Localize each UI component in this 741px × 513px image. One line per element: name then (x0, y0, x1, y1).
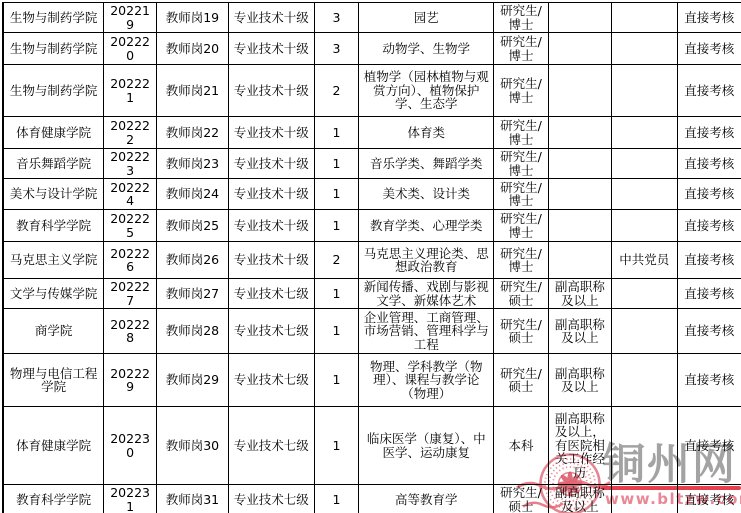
cell-post_code: 202220 (104, 33, 157, 65)
cell-headcount: 1 (314, 210, 359, 242)
cell-assessment: 直接考核 (677, 33, 741, 65)
table-row: 教育科学学院202225教师岗25专业技术十级1教育学类、心理学类研究生/博士直… (3, 210, 741, 242)
cell-post_level: 专业技术十级 (228, 117, 314, 149)
cell-post_code: 202221 (104, 65, 157, 117)
cell-post_code: 202224 (104, 179, 157, 210)
cell-post_level: 专业技术七级 (228, 279, 314, 309)
cell-education: 研究生/博士 (494, 242, 549, 279)
cell-post_level: 专业技术十级 (228, 242, 314, 279)
cell-headcount: 1 (314, 117, 359, 149)
cell-assessment: 直接考核 (677, 242, 741, 279)
table-row: 物理与电信工程学院202229教师岗29专业技术七级1物理、学科教学（物理）、课… (3, 354, 741, 407)
cell-political_status (611, 210, 677, 242)
cell-post_name: 教师岗26 (157, 242, 229, 279)
cell-post_level: 专业技术十级 (228, 33, 314, 65)
cell-assessment: 直接考核 (677, 309, 741, 354)
cell-post_level: 专业技术七级 (228, 485, 314, 513)
cell-post_level: 专业技术十级 (228, 149, 314, 179)
cell-political_status (611, 179, 677, 210)
table-row: 体育健康学院202230教师岗30专业技术七级1临床医学（康复）、中医学、运动康… (3, 407, 741, 485)
cell-other_requirement (548, 242, 611, 279)
cell-post_level: 专业技术十级 (228, 179, 314, 210)
table-body: 生物与制药学院202219教师岗19专业技术十级3园艺研究生/博士直接考核生物与… (3, 3, 741, 513)
cell-major: 马克思主义理论类、思想政治教育 (359, 242, 494, 279)
cell-education: 研究生/硕士 (494, 309, 549, 354)
cell-other_requirement: 副高职称及以上 (548, 309, 611, 354)
cell-assessment: 直接考核 (677, 117, 741, 149)
cell-major: 体育类 (359, 117, 494, 149)
cell-political_status (611, 33, 677, 65)
cell-major: 物理、学科教学（物理）、课程与教学论（物理） (359, 354, 494, 407)
cell-college: 马克思主义学院 (3, 242, 104, 279)
cell-post_name: 教师岗30 (157, 407, 229, 485)
cell-assessment: 直接考核 (677, 407, 741, 485)
cell-education: 研究生/博士 (494, 33, 549, 65)
cell-assessment: 直接考核 (677, 149, 741, 179)
table-row: 生物与制药学院202220教师岗20专业技术十级3动物学、生物学研究生/博士直接… (3, 33, 741, 65)
cell-political_status (611, 354, 677, 407)
cell-post_code: 202223 (104, 149, 157, 179)
cell-headcount: 1 (314, 279, 359, 309)
cell-post_code: 202230 (104, 407, 157, 485)
cell-college: 美术与设计学院 (3, 179, 104, 210)
cell-major: 音乐学类、舞蹈学类 (359, 149, 494, 179)
cell-other_requirement (548, 65, 611, 117)
cell-political_status (611, 3, 677, 33)
cell-other_requirement: 副高职称及以上 (548, 354, 611, 407)
cell-major: 新闻传播、戏剧与影视文学、新媒体艺术 (359, 279, 494, 309)
cell-education: 研究生/硕士 (494, 485, 549, 513)
cell-other_requirement: 副高职称及以上 (548, 279, 611, 309)
cell-political_status (611, 117, 677, 149)
cell-headcount: 2 (314, 65, 359, 117)
cell-college: 体育健康学院 (3, 407, 104, 485)
cell-other_requirement: 副高职称及以上，有医院相关工作经历 (548, 407, 611, 485)
cell-post_name: 教师岗31 (157, 485, 229, 513)
cell-assessment: 直接考核 (677, 485, 741, 513)
cell-post_code: 202225 (104, 210, 157, 242)
cell-post_code: 202229 (104, 354, 157, 407)
cell-headcount: 1 (314, 179, 359, 210)
cell-post_name: 教师岗23 (157, 149, 229, 179)
cell-political_status (611, 279, 677, 309)
cell-major: 园艺 (359, 3, 494, 33)
cell-political_status (611, 407, 677, 485)
cell-college: 音乐舞蹈学院 (3, 149, 104, 179)
table-row: 体育健康学院202222教师岗22专业技术十级1体育类研究生/博士直接考核 (3, 117, 741, 149)
cell-post_name: 教师岗21 (157, 65, 229, 117)
cell-post_level: 专业技术十级 (228, 3, 314, 33)
cell-political_status (611, 149, 677, 179)
cell-post_level: 专业技术七级 (228, 309, 314, 354)
cell-post_code: 202226 (104, 242, 157, 279)
cell-post_code: 202222 (104, 117, 157, 149)
cell-post_name: 教师岗19 (157, 3, 229, 33)
cell-college: 体育健康学院 (3, 117, 104, 149)
cell-post_level: 专业技术七级 (228, 354, 314, 407)
table-row: 文学与传媒学院202227教师岗27专业技术七级1新闻传播、戏剧与影视文学、新媒… (3, 279, 741, 309)
cell-post_name: 教师岗27 (157, 279, 229, 309)
cell-assessment: 直接考核 (677, 179, 741, 210)
cell-major: 美术类、设计类 (359, 179, 494, 210)
cell-post_level: 专业技术十级 (228, 210, 314, 242)
cell-post_name: 教师岗22 (157, 117, 229, 149)
cell-headcount: 1 (314, 485, 359, 513)
cell-post_code: 202227 (104, 279, 157, 309)
cell-post_code: 202219 (104, 3, 157, 33)
cell-post_code: 202231 (104, 485, 157, 513)
cell-headcount: 1 (314, 407, 359, 485)
cell-post_name: 教师岗29 (157, 354, 229, 407)
cell-major: 动物学、生物学 (359, 33, 494, 65)
table-row: 生物与制药学院202219教师岗19专业技术十级3园艺研究生/博士直接考核 (3, 3, 741, 33)
cell-headcount: 3 (314, 33, 359, 65)
recruitment-table: 生物与制药学院202219教师岗19专业技术十级3园艺研究生/博士直接考核生物与… (2, 2, 741, 513)
cell-education: 本科 (494, 407, 549, 485)
cell-headcount: 1 (314, 354, 359, 407)
cell-college: 生物与制药学院 (3, 65, 104, 117)
cell-other_requirement (548, 33, 611, 65)
cell-post_name: 教师岗25 (157, 210, 229, 242)
cell-other_requirement (548, 179, 611, 210)
cell-education: 研究生/博士 (494, 3, 549, 33)
cell-education: 研究生/硕士 (494, 354, 549, 407)
cell-education: 研究生/博士 (494, 117, 549, 149)
cell-assessment: 直接考核 (677, 279, 741, 309)
cell-education: 研究生/博士 (494, 179, 549, 210)
cell-headcount: 1 (314, 149, 359, 179)
table-row: 音乐舞蹈学院202223教师岗23专业技术十级1音乐学类、舞蹈学类研究生/博士直… (3, 149, 741, 179)
cell-major: 高等教育学 (359, 485, 494, 513)
cell-major: 教育学类、心理学类 (359, 210, 494, 242)
cell-post_level: 专业技术七级 (228, 407, 314, 485)
cell-assessment: 直接考核 (677, 354, 741, 407)
cell-college: 商学院 (3, 309, 104, 354)
cell-headcount: 1 (314, 309, 359, 354)
cell-post_name: 教师岗24 (157, 179, 229, 210)
cell-headcount: 3 (314, 3, 359, 33)
cell-college: 教育科学学院 (3, 485, 104, 513)
cell-college: 物理与电信工程学院 (3, 354, 104, 407)
table-row: 生物与制药学院202221教师岗21专业技术十级2植物学（园林植物与观赏方向）、… (3, 65, 741, 117)
cell-college: 生物与制药学院 (3, 3, 104, 33)
cell-assessment: 直接考核 (677, 65, 741, 117)
cell-headcount: 2 (314, 242, 359, 279)
cell-political_status (611, 485, 677, 513)
cell-political_status (611, 309, 677, 354)
cell-assessment: 直接考核 (677, 3, 741, 33)
cell-education: 研究生/硕士 (494, 279, 549, 309)
cell-political_status: 中共党员 (611, 242, 677, 279)
cell-other_requirement (548, 3, 611, 33)
cell-other_requirement: 副高职称及以上 (548, 485, 611, 513)
cell-other_requirement (548, 117, 611, 149)
cell-major: 临床医学（康复）、中医学、运动康复 (359, 407, 494, 485)
cell-major: 植物学（园林植物与观赏方向）、植物保护学、生态学 (359, 65, 494, 117)
table-row: 马克思主义学院202226教师岗26专业技术十级2马克思主义理论类、思想政治教育… (3, 242, 741, 279)
table-row: 美术与设计学院202224教师岗24专业技术十级1美术类、设计类研究生/博士直接… (3, 179, 741, 210)
cell-other_requirement (548, 149, 611, 179)
table-row: 商学院202228教师岗28专业技术七级1企业管理、工商管理、市场营销、管理科学… (3, 309, 741, 354)
cell-education: 研究生/博士 (494, 210, 549, 242)
cell-post_level: 专业技术十级 (228, 65, 314, 117)
cell-college: 文学与传媒学院 (3, 279, 104, 309)
cell-political_status (611, 65, 677, 117)
cell-education: 研究生/博士 (494, 149, 549, 179)
cell-major: 企业管理、工商管理、市场营销、管理科学与工程 (359, 309, 494, 354)
cell-other_requirement (548, 210, 611, 242)
cell-education: 研究生/博士 (494, 65, 549, 117)
cell-assessment: 直接考核 (677, 210, 741, 242)
cell-post_name: 教师岗28 (157, 309, 229, 354)
cell-college: 教育科学学院 (3, 210, 104, 242)
cell-college: 生物与制药学院 (3, 33, 104, 65)
cell-post_code: 202228 (104, 309, 157, 354)
table-row: 教育科学学院202231教师岗31专业技术七级1高等教育学研究生/硕士副高职称及… (3, 485, 741, 513)
cell-post_name: 教师岗20 (157, 33, 229, 65)
